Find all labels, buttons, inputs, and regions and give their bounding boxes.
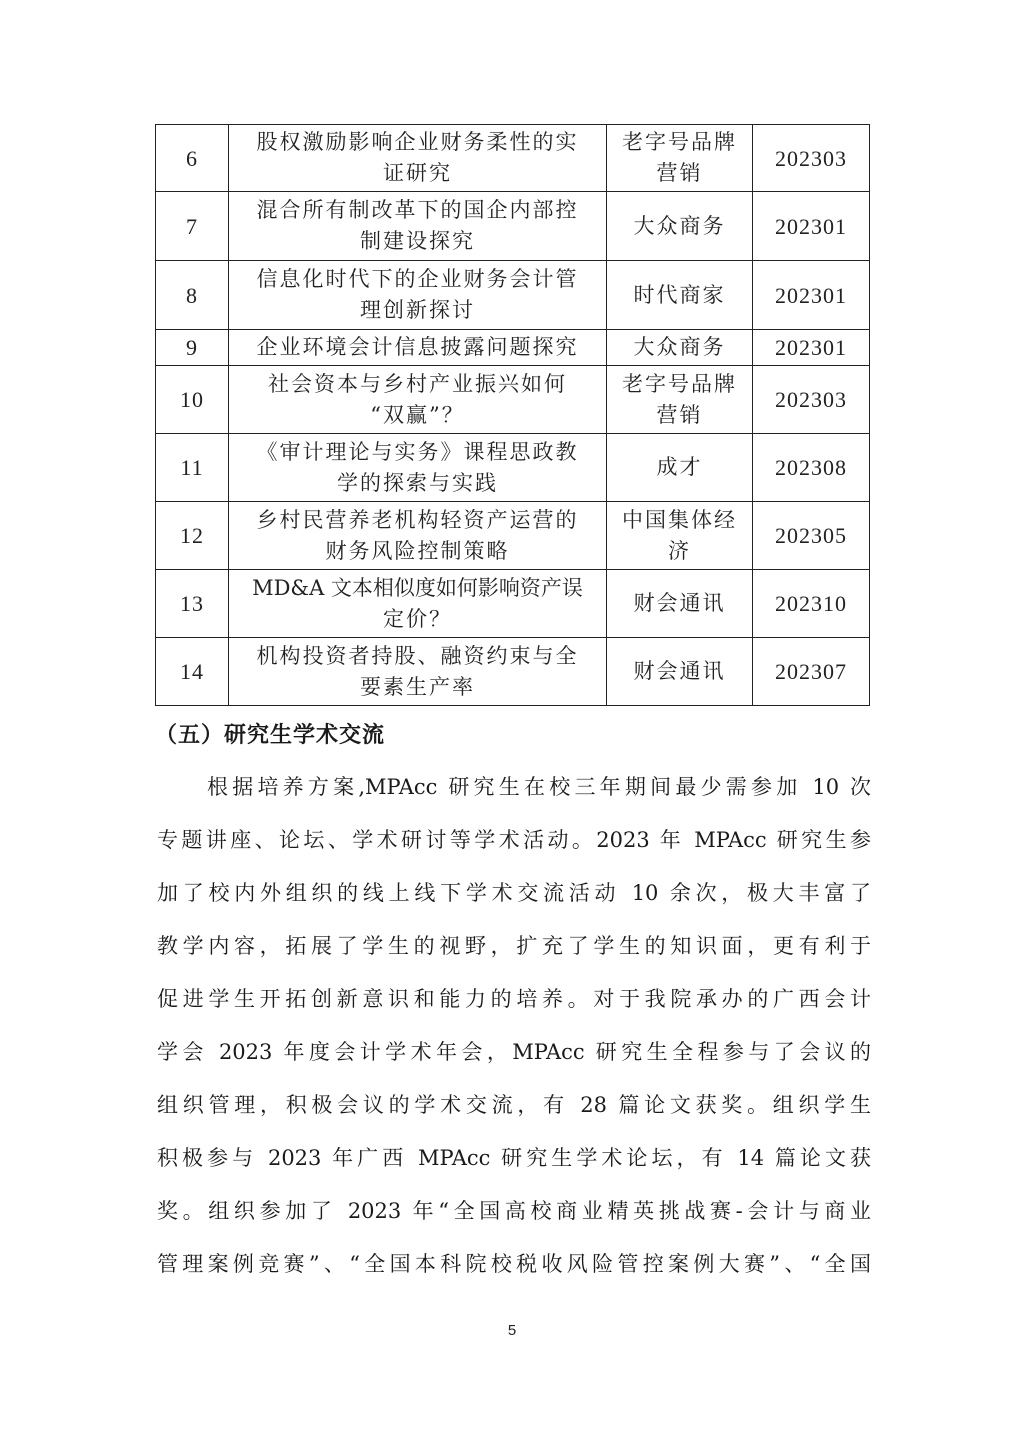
paper-title-line: MD&A 文本相似度如何影响资产误 — [229, 573, 606, 604]
paper-title-line: 企业环境会计信息披露问题探究 — [229, 332, 606, 363]
row-number: 14 — [156, 638, 229, 706]
publish-date: 202301 — [753, 261, 870, 330]
paper-title-line: 财务风险控制策略 — [229, 536, 606, 567]
row-number: 13 — [156, 570, 229, 638]
table-row: 13 MD&A 文本相似度如何影响资产误 定价？ 财会通讯 202310 — [156, 570, 870, 638]
body-paragraph: 根据培养方案,MPAcc 研究生在校三年期间最少需参加 10 次 专题讲座、论坛… — [157, 761, 871, 1291]
table-row: 6 股权激励影响企业财务柔性的实 证研究 老字号品牌 营销 202303 — [156, 125, 870, 192]
paragraph-line: 根据培养方案,MPAcc 研究生在校三年期间最少需参加 10 次 — [157, 761, 871, 814]
paragraph-line: 管理案例竞赛”、“全国本科院校税收风险管控案例大赛”、“全国 — [157, 1238, 871, 1291]
row-number: 8 — [156, 261, 229, 330]
journal-line: 营销 — [607, 158, 752, 189]
paragraph-line: 加了校内外组织的线上线下学术交流活动 10 余次，极大丰富了 — [157, 867, 871, 920]
row-number: 10 — [156, 366, 229, 434]
journal-name: 大众商务 — [607, 330, 753, 366]
journal-name: 老字号品牌 营销 — [607, 125, 753, 192]
paper-title: 乡村民营养老机构轻资产运营的 财务风险控制策略 — [229, 502, 607, 570]
publish-date: 202301 — [753, 192, 870, 261]
table-row: 8 信息化时代下的企业财务会计管 理创新探讨 时代商家 202301 — [156, 261, 870, 330]
journal-line: 财会通讯 — [607, 588, 752, 619]
journal-line: 老字号品牌 — [607, 127, 752, 158]
paragraph-line: 奖。组织参加了 2023 年“全国高校商业精英挑战赛-会计与商业 — [157, 1185, 871, 1238]
journal-line: 大众商务 — [607, 332, 752, 363]
journal-line: 营销 — [607, 400, 752, 431]
paper-title: 混合所有制改革下的国企内部控 制建设探究 — [229, 192, 607, 261]
paper-title-line: 《审计理论与实务》课程思政教 — [229, 437, 606, 468]
journal-line: 财会通讯 — [607, 656, 752, 687]
paper-title-line: 社会资本与乡村产业振兴如何 — [229, 369, 606, 400]
table-row: 12 乡村民营养老机构轻资产运营的 财务风险控制策略 中国集体经 济 20230… — [156, 502, 870, 570]
paragraph-line: 学会 2023 年度会计学术年会，MPAcc 研究生全程参与了会议的 — [157, 1026, 871, 1079]
publication-table: 6 股权激励影响企业财务柔性的实 证研究 老字号品牌 营销 202303 7 混… — [155, 124, 870, 706]
table-row: 7 混合所有制改革下的国企内部控 制建设探究 大众商务 202301 — [156, 192, 870, 261]
publish-date: 202308 — [753, 434, 870, 502]
paper-title: 信息化时代下的企业财务会计管 理创新探讨 — [229, 261, 607, 330]
journal-name: 大众商务 — [607, 192, 753, 261]
row-number: 7 — [156, 192, 229, 261]
journal-name: 财会通讯 — [607, 570, 753, 638]
section-heading: （五）研究生学术交流 — [155, 720, 385, 752]
publish-date: 202303 — [753, 125, 870, 192]
paper-title-line: 定价？ — [229, 604, 606, 635]
paper-title: 社会资本与乡村产业振兴如何 “双赢”？ — [229, 366, 607, 434]
page-number: 5 — [0, 1322, 1024, 1339]
table-row: 11 《审计理论与实务》课程思政教 学的探索与实践 成才 202308 — [156, 434, 870, 502]
paper-title-line: 信息化时代下的企业财务会计管 — [229, 264, 606, 295]
publish-date: 202307 — [753, 638, 870, 706]
journal-name: 老字号品牌 营销 — [607, 366, 753, 434]
paragraph-line: 教学内容，拓展了学生的视野，扩充了学生的知识面，更有利于 — [157, 920, 871, 973]
paper-title-line: 混合所有制改革下的国企内部控 — [229, 195, 606, 226]
journal-line: 济 — [607, 536, 752, 567]
table-row: 10 社会资本与乡村产业振兴如何 “双赢”？ 老字号品牌 营销 202303 — [156, 366, 870, 434]
paper-title: 《审计理论与实务》课程思政教 学的探索与实践 — [229, 434, 607, 502]
journal-name: 成才 — [607, 434, 753, 502]
table-row: 14 机构投资者持股、融资约束与全 要素生产率 财会通讯 202307 — [156, 638, 870, 706]
row-number: 6 — [156, 125, 229, 192]
publish-date: 202310 — [753, 570, 870, 638]
paper-title-line: 要素生产率 — [229, 672, 606, 703]
paragraph-line: 促进学生开拓创新意识和能力的培养。对于我院承办的广西会计 — [157, 973, 871, 1026]
paper-title-line: 机构投资者持股、融资约束与全 — [229, 641, 606, 672]
paragraph-line: 组织管理，积极会议的学术交流，有 28 篇论文获奖。组织学生 — [157, 1079, 871, 1132]
publish-date: 202305 — [753, 502, 870, 570]
paper-title: MD&A 文本相似度如何影响资产误 定价？ — [229, 570, 607, 638]
paper-title-line: 制建设探究 — [229, 226, 606, 257]
journal-line: 时代商家 — [607, 280, 752, 311]
table-row: 9 企业环境会计信息披露问题探究 大众商务 202301 — [156, 330, 870, 366]
paper-title-line: 证研究 — [229, 158, 606, 189]
journal-name: 财会通讯 — [607, 638, 753, 706]
paragraph-line: 积极参与 2023 年广西 MPAcc 研究生学术论坛，有 14 篇论文获 — [157, 1132, 871, 1185]
paper-title-line: 理创新探讨 — [229, 295, 606, 326]
row-number: 12 — [156, 502, 229, 570]
journal-name: 时代商家 — [607, 261, 753, 330]
paper-title: 企业环境会计信息披露问题探究 — [229, 330, 607, 366]
paragraph-line: 专题讲座、论坛、学术研讨等学术活动。2023 年 MPAcc 研究生参 — [157, 814, 871, 867]
paper-title-line: “双赢”？ — [229, 400, 606, 431]
row-number: 9 — [156, 330, 229, 366]
journal-name: 中国集体经 济 — [607, 502, 753, 570]
row-number: 11 — [156, 434, 229, 502]
publish-date: 202301 — [753, 330, 870, 366]
journal-line: 成才 — [607, 452, 752, 483]
journal-line: 中国集体经 — [607, 505, 752, 536]
journal-line: 大众商务 — [607, 211, 752, 242]
paper-title-line: 学的探索与实践 — [229, 468, 606, 499]
paper-title-line: 乡村民营养老机构轻资产运营的 — [229, 505, 606, 536]
document-page: 6 股权激励影响企业财务柔性的实 证研究 老字号品牌 营销 202303 7 混… — [0, 0, 1024, 1448]
journal-line: 老字号品牌 — [607, 369, 752, 400]
paper-title-line: 股权激励影响企业财务柔性的实 — [229, 127, 606, 158]
publish-date: 202303 — [753, 366, 870, 434]
paper-title: 机构投资者持股、融资约束与全 要素生产率 — [229, 638, 607, 706]
paper-title: 股权激励影响企业财务柔性的实 证研究 — [229, 125, 607, 192]
